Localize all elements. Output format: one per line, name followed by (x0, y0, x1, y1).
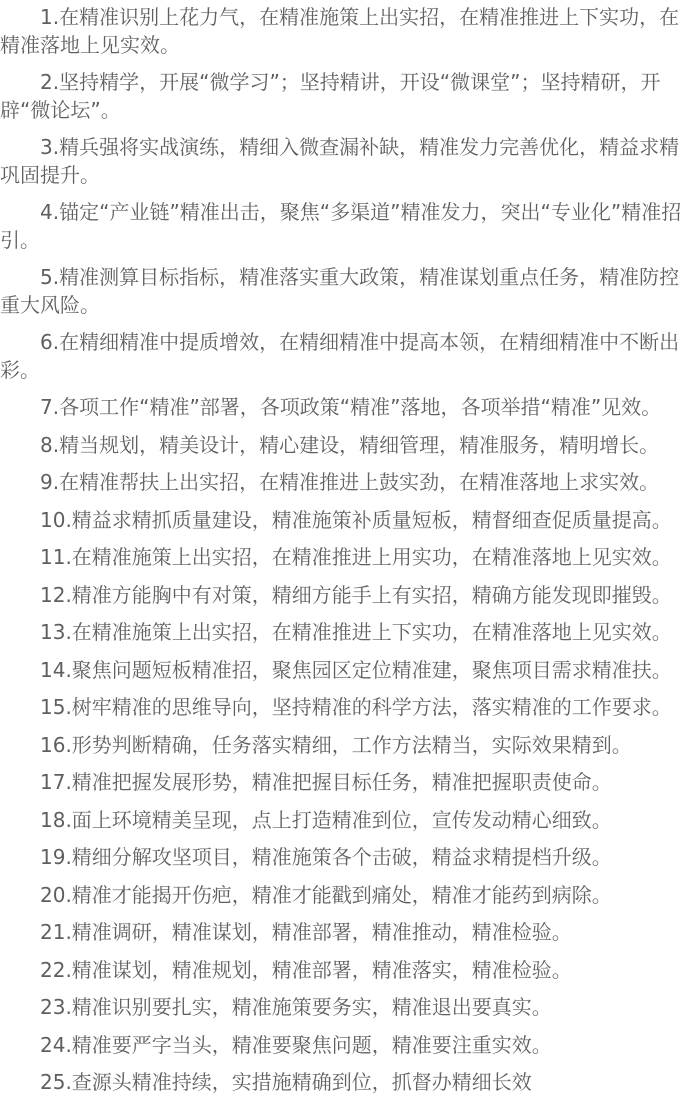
list-item: 14.聚焦问题短板精准招，聚焦园区定位精准建，聚焦项目需求精准扶。 (0, 657, 693, 685)
list-item: 10.精益求精抓质量建设，精准施策补质量短板，精督细查促质量提高。 (0, 507, 693, 535)
list-item: 9.在精准帮扶上出实招，在精准推进上鼓实劲，在精准落地上求实效。 (0, 469, 693, 497)
list-item: 6.在精细精准中提质增效，在精细精准中提高本领，在精细精准中不断出彩。 (0, 329, 693, 384)
list-item: 8.精当规划，精美设计，精心建设，精细管理，精准服务，精明增长。 (0, 432, 693, 460)
list-item: 11.在精准施策上出实招，在精准推进上用实功，在精准落地上见实效。 (0, 544, 693, 572)
list-item: 20.精准才能揭开伤疤，精准才能戳到痛处，精准才能药到病除。 (0, 882, 693, 910)
list-item: 4.锚定“产业链”精准出击，聚焦“多渠道”精准发力，突出“专业化”精准招引。 (0, 199, 693, 254)
list-item: 7.各项工作“精准”部署，各项政策“精准”落地，各项举措“精准”见效。 (0, 394, 693, 422)
list-item: 22.精准谋划，精准规划，精准部署，精准落实，精准检验。 (0, 957, 693, 985)
list-item: 17.精准把握发展形势，精准把握目标任务，精准把握职责使命。 (0, 769, 693, 797)
list-item: 13.在精准施策上出实招，在精准推进上下实功，在精准落地上见实效。 (0, 619, 693, 647)
list-item: 24.精准要严字当头，精准要聚焦问题，精准要注重实效。 (0, 1032, 693, 1060)
list-item: 21.精准调研，精准谋划，精准部署，精准推动，精准检验。 (0, 919, 693, 947)
list-item: 18.面上环境精美呈现，点上打造精准到位，宣传发动精心细致。 (0, 807, 693, 835)
list-item: 25.查源头精准持续，实措施精确到位，抓督办精细长效 (0, 1069, 693, 1097)
list-item: 3.精兵强将实战演练，精细入微查漏补缺，精准发力完善优化，精益求精巩固提升。 (0, 134, 693, 189)
list-item: 16.形势判断精确，任务落实精细，工作方法精当，实际效果精到。 (0, 732, 693, 760)
list-item: 2.坚持精学，开展“微学习”；坚持精讲，开设“微课堂”；坚持精研，开辟“微论坛”… (0, 69, 693, 124)
list-item: 15.树牢精准的思维导向，坚持精准的科学方法，落实精准的工作要求。 (0, 694, 693, 722)
list-item: 19.精细分解攻坚项目，精准施策各个击破，精益求精提档升级。 (0, 844, 693, 872)
list-item: 5.精准测算目标指标，精准落实重大政策，精准谋划重点任务，精准防控重大风险。 (0, 264, 693, 319)
list-item: 12.精准方能胸中有对策，精细方能手上有实招，精确方能发现即摧毁。 (0, 582, 693, 610)
document-body: 1.在精准识别上花力气，在精准施策上出实招，在精准推进上下实功，在精准落地上见实… (0, 0, 693, 1097)
list-item: 1.在精准识别上花力气，在精准施策上出实招，在精准推进上下实功，在精准落地上见实… (0, 4, 693, 59)
list-item: 23.精准识别要扎实，精准施策要务实，精准退出要真实。 (0, 994, 693, 1022)
